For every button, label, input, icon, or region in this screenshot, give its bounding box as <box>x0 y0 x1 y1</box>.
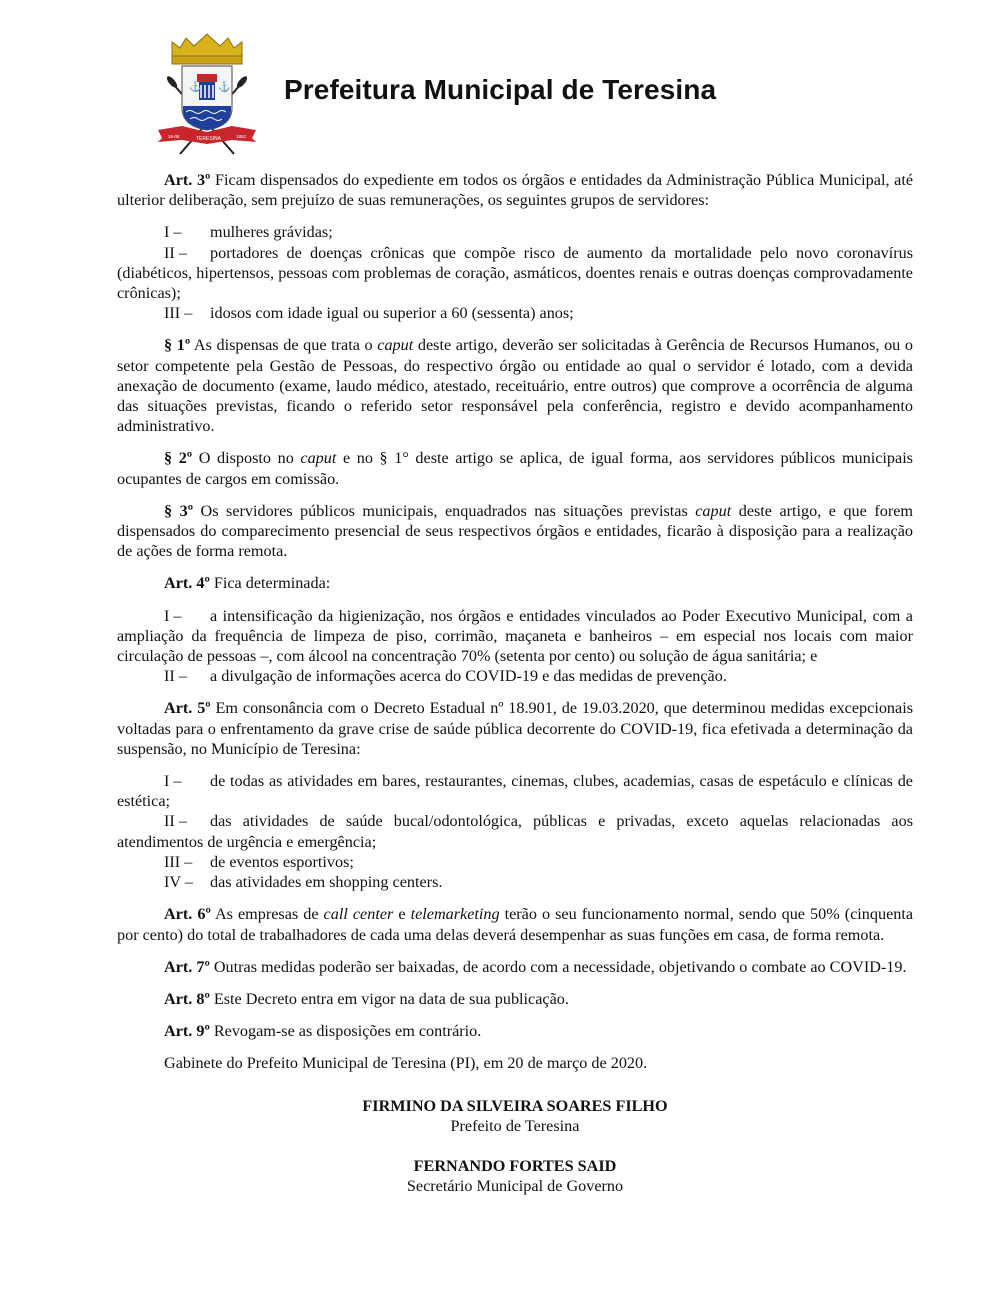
svg-text:⚓: ⚓ <box>189 80 201 93</box>
article-8: Art. 8º Este Decreto entra em vigor na d… <box>117 989 913 1009</box>
list-item: III –de eventos esportivos; <box>117 852 913 872</box>
article-3: Art. 3º Ficam dispensados do expediente … <box>117 170 913 210</box>
closing-line: Gabinete do Prefeito Municipal de Teresi… <box>117 1053 913 1073</box>
list-item: III –idosos com idade igual ou superior … <box>117 303 913 323</box>
list-item: II –das atividades de saúde bucal/odonto… <box>117 811 913 851</box>
article-5: Art. 5º Em consonância com o Decreto Est… <box>117 698 913 759</box>
list-item: II –portadores de doenças crônicas que c… <box>117 243 913 304</box>
list-item: I –mulheres grávidas; <box>117 222 913 242</box>
page-title: Prefeitura Municipal de Teresina <box>284 74 716 106</box>
list-item: II –a divulgação de informações acerca d… <box>117 666 913 686</box>
svg-text:TERESINA: TERESINA <box>196 136 222 142</box>
article-label: Art. 3º <box>164 171 210 189</box>
signature-role: Secretário Municipal de Governo <box>117 1176 913 1196</box>
article-9: Art. 9º Revogam-se as disposições em con… <box>117 1021 913 1041</box>
list-item: I –de todas as atividades em bares, rest… <box>117 771 913 811</box>
svg-text:⚓: ⚓ <box>218 80 230 93</box>
signature-role: Prefeito de Teresina <box>117 1116 913 1136</box>
article-6: Art. 6º As empresas de call center e tel… <box>117 904 913 944</box>
document-header: ⚓ ⚓ 16-08 TERESINA 1852 Prefeitura Munic… <box>0 0 984 165</box>
decree-body: Art. 3º Ficam dispensados do expediente … <box>117 170 913 1196</box>
article-4: Art. 4º Fica determinada: <box>117 573 913 593</box>
article-7: Art. 7º Outras medidas poderão ser baixa… <box>117 957 913 977</box>
paragraph-2: § 2º O disposto no caput e no § 1° deste… <box>117 448 913 488</box>
signature-name: FIRMINO DA SILVEIRA SOARES FILHO <box>117 1096 913 1116</box>
list-item: I –a intensificação da higienização, nos… <box>117 606 913 667</box>
signature-name: FERNANDO FORTES SAID <box>117 1156 913 1176</box>
coat-of-arms-icon: ⚓ ⚓ 16-08 TERESINA 1852 <box>152 30 262 158</box>
paragraph-3: § 3º Os servidores públicos municipais, … <box>117 501 913 562</box>
list-item: IV –das atividades em shopping centers. <box>117 872 913 892</box>
svg-text:1852: 1852 <box>236 134 247 139</box>
svg-text:16-08: 16-08 <box>168 134 180 139</box>
paragraph-1: § 1º As dispensas de que trata o caput d… <box>117 335 913 436</box>
